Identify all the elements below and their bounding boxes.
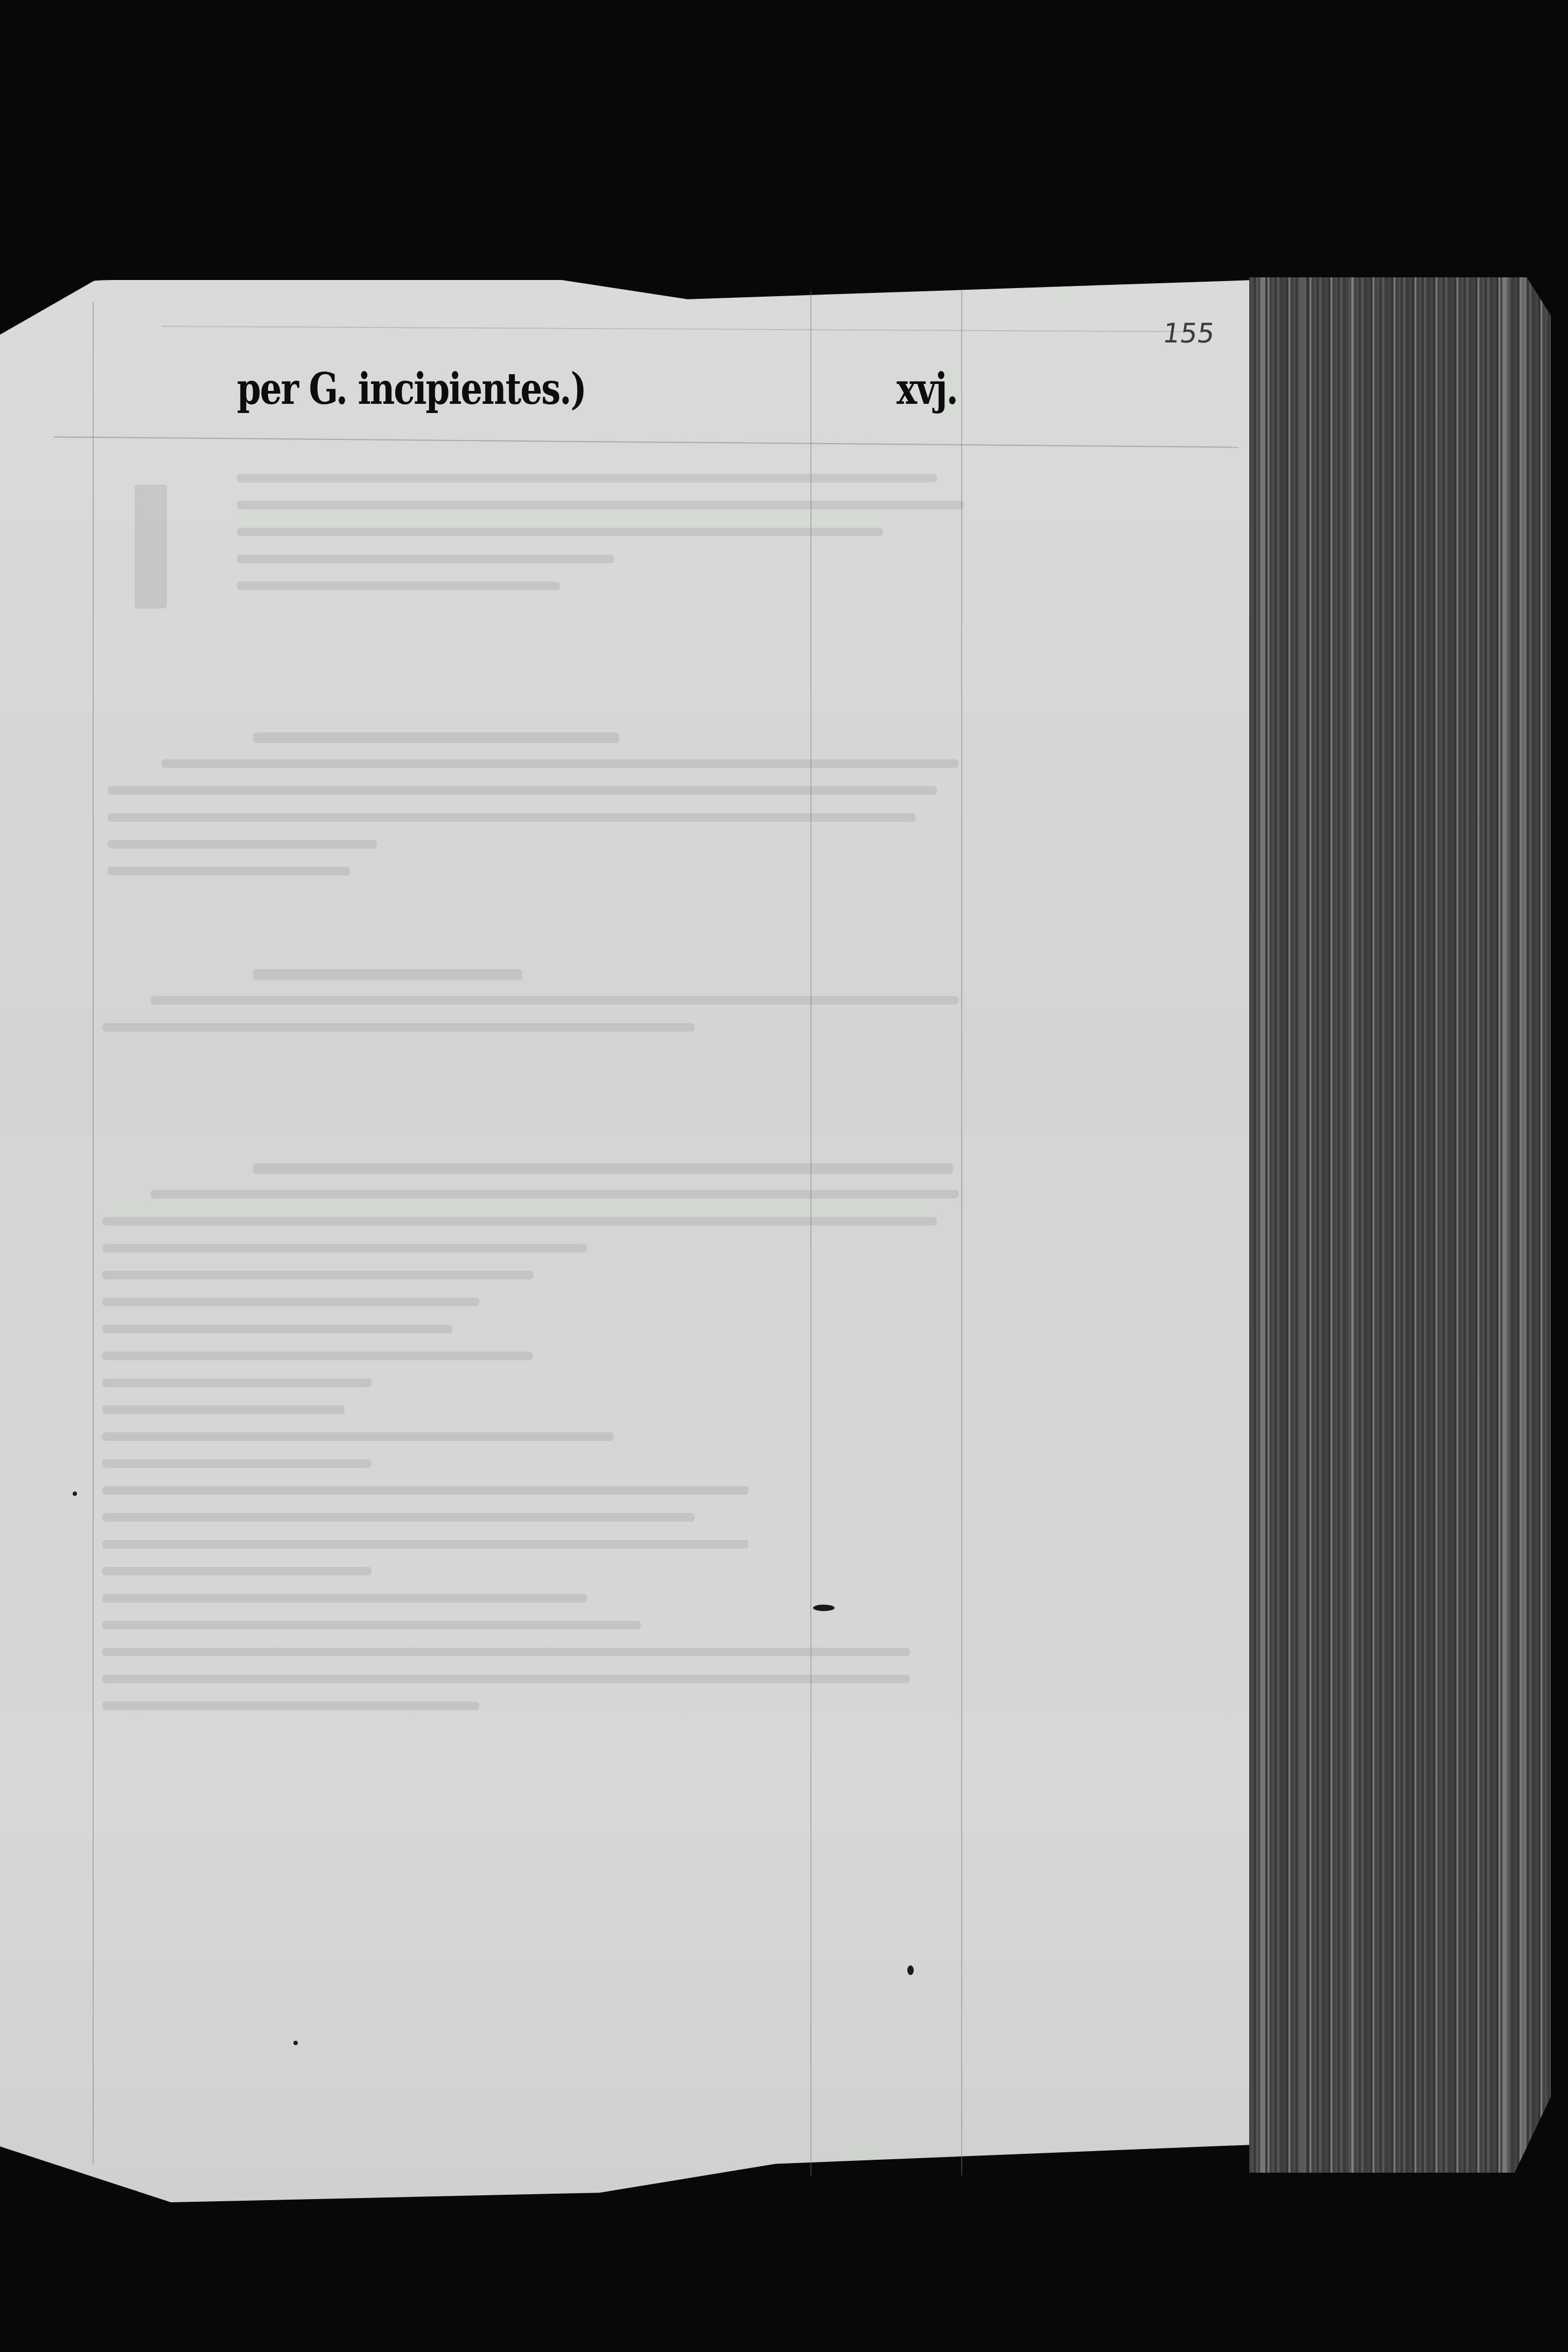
running-head-title: per G. incipientes.) (237, 364, 586, 415)
book-fore-edge (1249, 277, 1551, 2173)
folio-number: 155 (1161, 318, 1217, 349)
book-page (0, 280, 1255, 2202)
column-rule-1 (810, 291, 811, 2175)
running-head-leaf-number: xvj. (897, 364, 957, 415)
ink-speck (73, 1492, 77, 1496)
ink-speck (907, 1965, 914, 1975)
margin-rule-left (93, 302, 94, 2165)
column-rule-2 (961, 291, 962, 2175)
ink-speck (293, 2041, 298, 2045)
document-scan: 155 per G. incipientes.) xvj. (0, 0, 1568, 2352)
ink-speck (813, 1605, 835, 1611)
